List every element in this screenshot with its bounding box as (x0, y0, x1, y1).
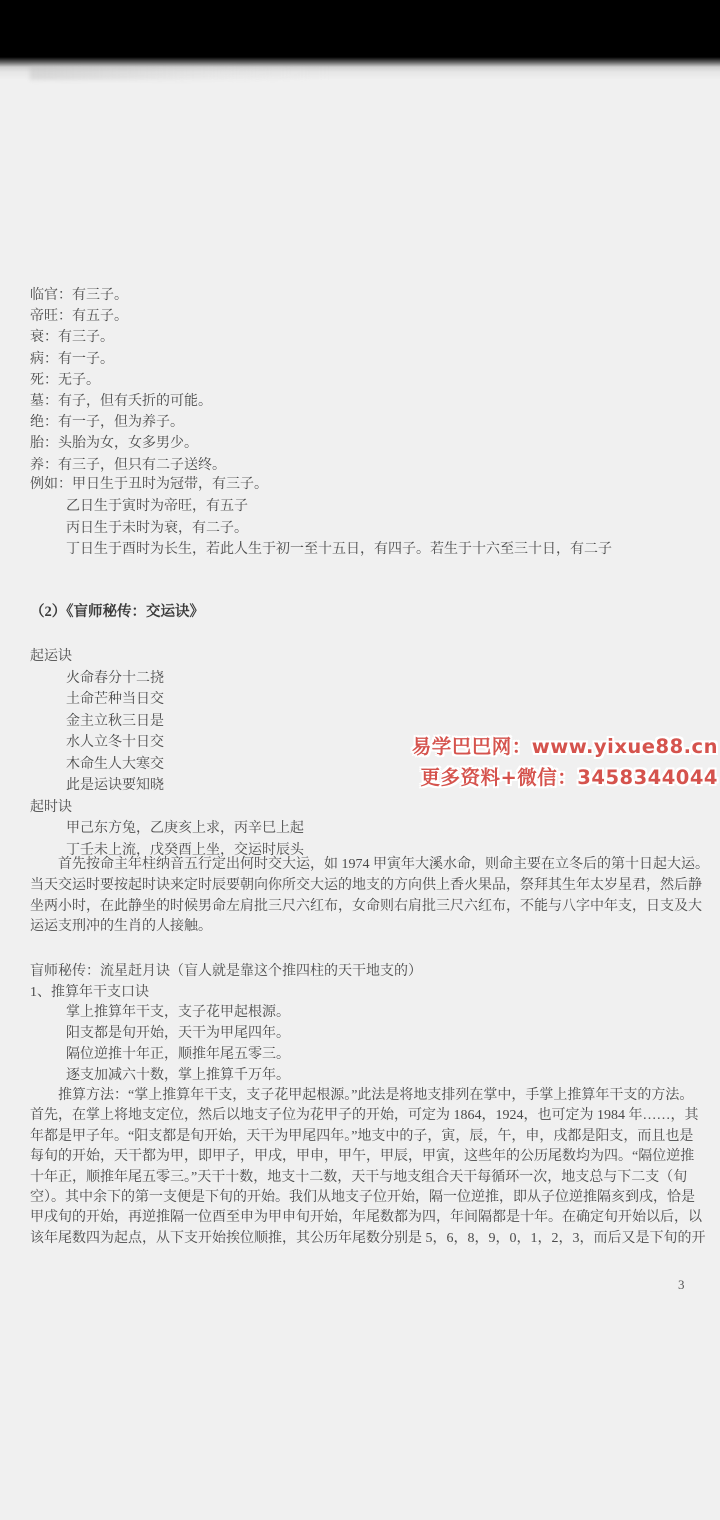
paragraph-line: 首先按命主年柱纳音五行定出何时交大运，如 1974 甲寅年大溪水命，则命主要在立… (30, 855, 709, 876)
star-line: 衰：有三子。 (30, 327, 226, 348)
paragraph-line: 每旬的开始，天干都为甲，即甲子，甲戌，甲申，甲午，甲辰，甲寅，这些年的公历尾数均… (30, 1147, 706, 1167)
qiyun-line: 此是运诀要知晓 (66, 775, 304, 797)
star-line: 临官：有三子。 (30, 285, 226, 306)
subsection-title: 1、推算年干支口诀 (30, 983, 422, 1004)
document-page-photo: 临官：有三子。 帝旺：有五子。 衰：有三子。 病：有一子。 死：无子。 墓：有子… (0, 0, 720, 1520)
mangshi-header: 盲师秘传：流星赶月诀（盲人就是靠这个推四柱的天干地支的） 1、推算年干支口诀 (30, 962, 422, 1003)
verse-block: 起运诀 火命春分十二挠 土命芒种当日交 金主立秋三日是 水人立冬十日交 木命生人… (30, 646, 304, 861)
qiyun-line: 土命芒种当日交 (66, 689, 304, 711)
poem-line: 隔位逆推十年正，顺推年尾五零三。 (66, 1044, 290, 1065)
poem-line: 逐支加减六十数，掌上推算千万年。 (66, 1065, 290, 1086)
star-line: 养：有三子，但只有二子送终。 (30, 455, 226, 476)
paragraph-line: 首先，在掌上将地支定位，然后以地支子位为花甲子的开始，可定为 1864，1924… (30, 1106, 706, 1126)
jiaoyun-paragraph: 首先按命主年柱纳音五行定出何时交大运，如 1974 甲寅年大溪水命，则命主要在立… (30, 855, 709, 938)
poem-line: 掌上推算年干支，支子花甲起根源。 (66, 1002, 290, 1023)
tuisuan-paragraph: 推算方法：“掌上推算年干支，支子花甲起根源。”此法是将地支排列在掌中，手掌上推算… (30, 1086, 706, 1249)
qiyun-line: 金主立秋三日是 (66, 711, 304, 733)
star-line: 胎：头胎为女，女多男少。 (30, 433, 226, 454)
watermark-site-line: 易学巴巴网：www.yixue88.cn (412, 731, 718, 762)
paragraph-line: 推算方法：“掌上推算年干支，支子花甲起根源。”此法是将地支排列在掌中，手掌上推算… (30, 1086, 706, 1106)
paragraph-line: 该年尾数四为起点，从下支开始挨位顺推，其公历年尾数分别是 5，6，8，9，0，1… (30, 1229, 706, 1249)
paragraph-line: 运运支刑冲的生肖的人接触。 (30, 917, 709, 938)
page-number: 3 (678, 1277, 685, 1293)
photo-smudge (30, 66, 330, 80)
star-line: 墓：有子，但有夭折的可能。 (30, 391, 226, 412)
star-line: 绝：有一子，但为养子。 (30, 412, 226, 433)
star-line: 病：有一子。 (30, 349, 226, 370)
watermark: 易学巴巴网：www.yixue88.cn 更多资料+微信：3458344044 (412, 731, 718, 793)
paragraph-line: 甲戌旬的开始，再逆推隔一位酉至申为甲申旬开始，年尾数都为四，年间隔都是十年。在确… (30, 1208, 706, 1228)
paragraph-line: 当天交运时要按起时诀来定时辰要朝向你所交大运的地支的方向供上香火果品，祭拜其生年… (30, 876, 709, 897)
mangshi-title: 盲师秘传：流星赶月诀（盲人就是靠这个推四柱的天干地支的） (30, 962, 422, 983)
qiyun-line: 水人立冬十日交 (66, 732, 304, 754)
poem-line: 阳支都是旬开始，天干为甲尾四年。 (66, 1023, 290, 1044)
star-line: 死：无子。 (30, 370, 226, 391)
section-heading: （2）《盲师秘传：交运诀》 (30, 600, 204, 621)
child-star-list: 临官：有三子。 帝旺：有五子。 衰：有三子。 病：有一子。 死：无子。 墓：有子… (30, 285, 226, 476)
example-block: 例如：甲日生于丑时为冠带，有三子。 乙日生于寅时为帝旺，有五子 丙日生于未时为衰… (30, 474, 612, 561)
example-line: 丁日生于酉时为长生，若此人生于初一至十五日，有四子。若生于十六至三十日，有二子 (66, 539, 612, 561)
paragraph-line: 十年正，顺推年尾五零三。”天干十数，地支十二数，天干与地支组合天干每循环一次，地… (30, 1168, 706, 1188)
qiyun-title: 起运诀 (30, 646, 304, 668)
qiyun-line: 木命生人大寒交 (66, 754, 304, 776)
example-line: 例如：甲日生于丑时为冠带，有三子。 (30, 474, 612, 496)
qishi-line: 甲己东方兔，乙庚亥上求，丙辛巳上起 (66, 818, 304, 840)
paragraph-line: 坐两小时，在此静坐的时候男命左肩批三尺六红布，女命则右肩批三尺六红布，不能与八字… (30, 897, 709, 918)
year-poem: 掌上推算年干支，支子花甲起根源。 阳支都是旬开始，天干为甲尾四年。 隔位逆推十年… (66, 1002, 290, 1086)
watermark-wechat-line: 更多资料+微信：3458344044 (412, 762, 718, 793)
paragraph-line: 空）。其中余下的第一支便是下旬的开始。我们从地支子位开始，隔一位逆推，即从子位逆… (30, 1188, 706, 1208)
paragraph-line: 年都是甲子年。“阳支都是旬开始，天干为甲尾四年。”地支中的子，寅，辰，午，申，戌… (30, 1127, 706, 1147)
qishi-title: 起时诀 (30, 797, 304, 819)
example-line: 丙日生于未时为衰，有二子。 (66, 518, 612, 540)
example-line: 乙日生于寅时为帝旺，有五子 (66, 496, 612, 518)
qiyun-line: 火命春分十二挠 (66, 668, 304, 690)
star-line: 帝旺：有五子。 (30, 306, 226, 327)
